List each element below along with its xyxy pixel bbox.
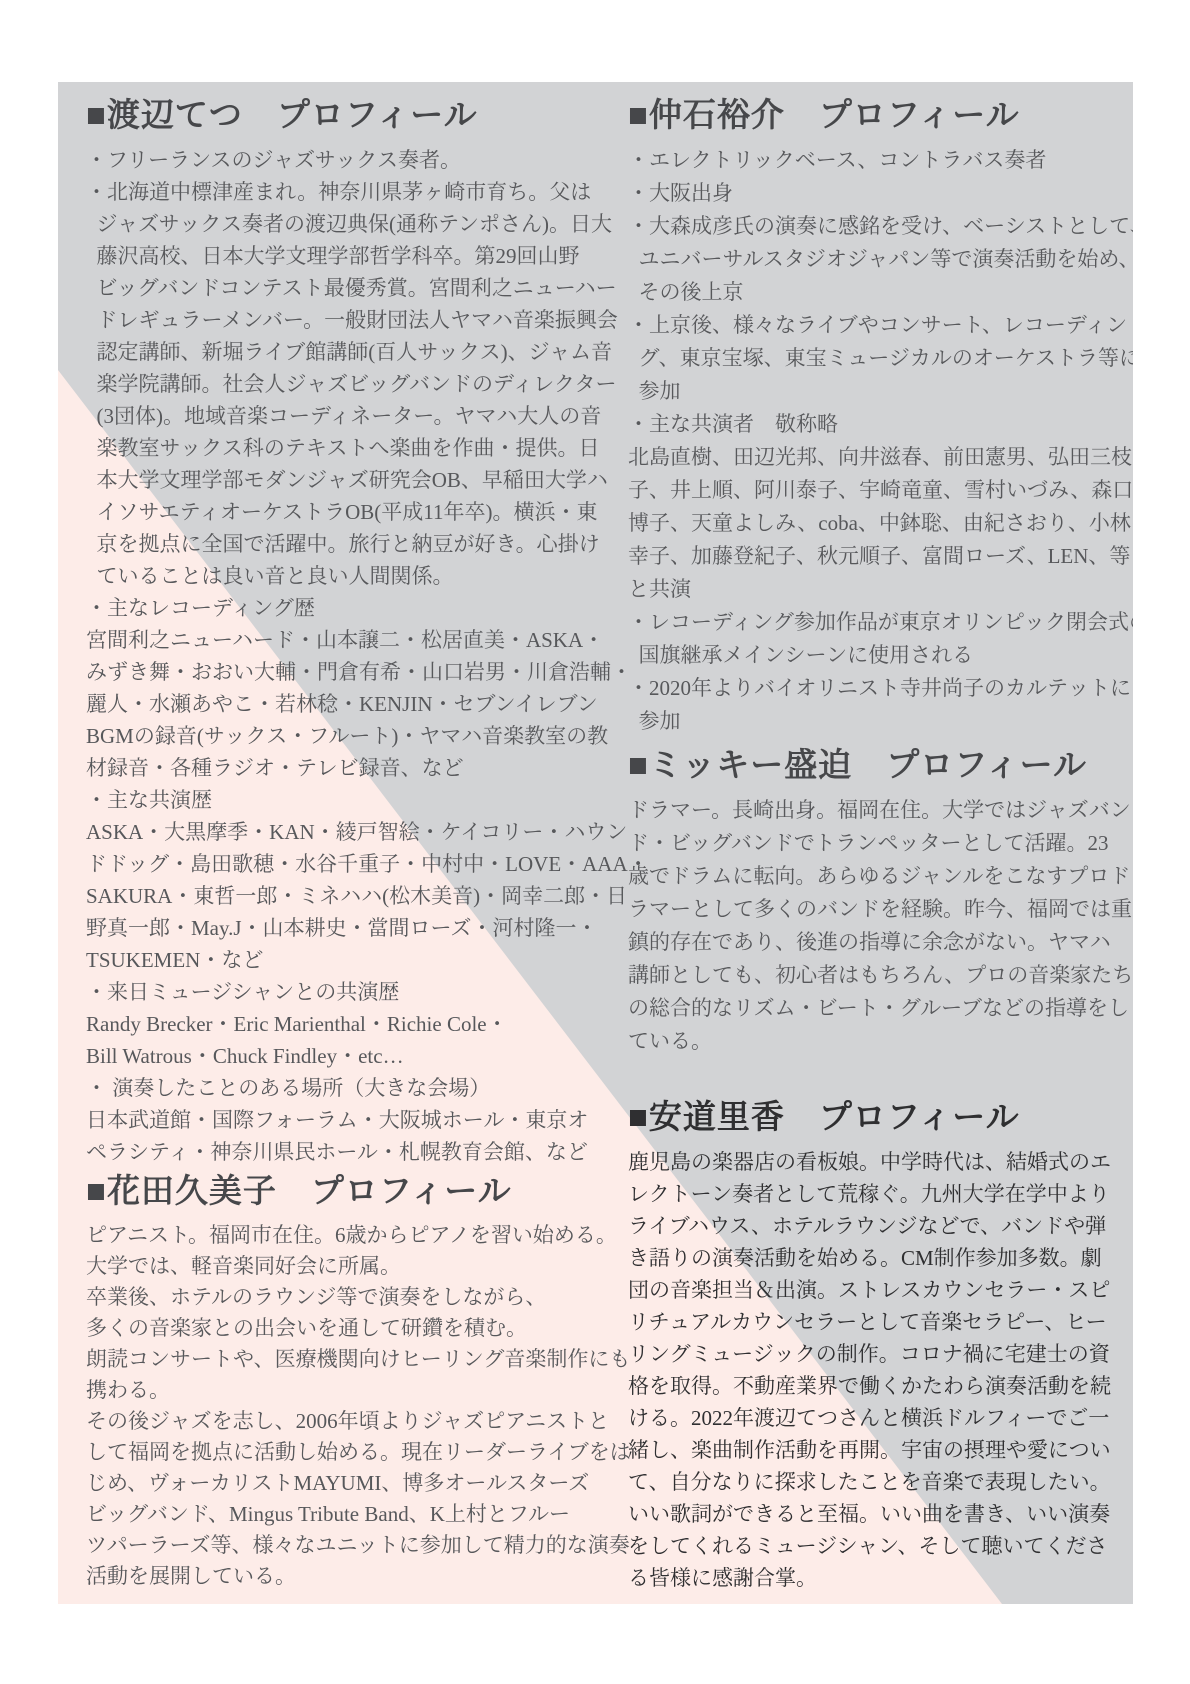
text-line: ける。2022年渡辺てつさんと横浜ドルフィーでご一 [628,1402,1128,1434]
page: { "theme": { "page-bg": "#ffffff", "card… [0,0,1190,1684]
profile-section-nakaishi-yusuke: ■仲石裕介 プロフィール ・エレクトリックベース、コントラバス奏者・大阪出身・大… [628,94,1128,738]
text-line: いい歌詞ができると至福。いい曲を書き、いい演奏 [628,1498,1128,1530]
text-line: グ、東京宝塚、東宝ミュージカルのオーケストラ等に [628,342,1128,375]
text-line: て、自分なりに探求したことを音楽で表現したい。 [628,1466,1128,1498]
profile-sheet: ■渡辺てつ プロフィール ・フリーランスのジャズサックス奏者。・北海道中標津産ま… [58,82,1133,1604]
text-line: ・主な共演歴 [86,784,651,816]
text-line: ラマーとして多くのバンドを経験。昨今、福岡では重 [628,893,1128,926]
text-line: ・北海道中標津産まれ。神奈川県茅ヶ崎市育ち。父は [86,176,651,208]
text-line: 野真一郎・May.J・山本耕史・當間ローズ・河村隆一・ [86,912,651,944]
text-line: Randy Brecker・Eric Marienthal・Richie Col… [86,1008,651,1040]
text-line: SAKURA・東哲一郎・ミネハハ(松木美音)・岡幸二郎・日 [86,880,651,912]
text-line: ていることは良い音と良い人間関係。 [86,560,651,592]
text-line: ビッグバンドコンテスト最優秀賞。宮間利之ニューハー [86,272,651,304]
text-line: 朗読コンサートや、医療機関向けヒーリング音楽制作にも [86,1344,651,1375]
text-line: ツパーラーズ等、様々なユニットに参加して精力的な演奏 [86,1530,651,1561]
text-line: ・大森成彦氏の演奏に感銘を受け、ベーシストとして、 [628,210,1128,243]
section-body: ・フリーランスのジャズサックス奏者。・北海道中標津産まれ。神奈川県茅ヶ崎市育ち。… [86,144,651,1168]
text-line: 活動を展開している。 [86,1561,651,1592]
text-line: ドドッグ・島田歌穂・水谷千重子・中村中・LOVE・AAA・ [86,848,651,880]
text-line: 幸子、加藤登紀子、秋元順子、富間ローズ、LEN、等 [628,540,1128,573]
section-title: ■渡辺てつ プロフィール [86,94,651,138]
text-line: リングミュージックの制作。コロナ禍に宅建士の資 [628,1338,1128,1370]
text-line: ペラシティ・神奈川県民ホール・札幌教育会館、など [86,1136,651,1168]
text-line: BGMの録音(サックス・フルート)・ヤマハ音楽教室の教 [86,720,651,752]
text-line: 携わる。 [86,1375,651,1406]
text-line: して福岡を拠点に活動し始める。現在リーダーライブをは [86,1437,651,1468]
text-line: 国旗継承メインシーンに使用される [628,639,1128,672]
text-line: ジャズサックス奏者の渡辺典保(通称テンポさん)。日大 [86,208,651,240]
profile-section-watanabe-tetsu: ■渡辺てつ プロフィール ・フリーランスのジャズサックス奏者。・北海道中標津産ま… [86,94,651,1168]
text-line: その後ジャズを志し、2006年頃よりジャズピアニストと [86,1406,651,1437]
profile-section-hanada-kumiko: ■花田久美子 プロフィール ピアニスト。福岡市在住。6歳からピアノを習い始める。… [86,1170,651,1592]
text-line: 大学では、軽音楽同好会に所属。 [86,1251,651,1282]
text-line: 材録音・各種ラジオ・テレビ録音、など [86,752,651,784]
text-line: ドレギュラーメンバー。一般財団法人ヤマハ音楽振興会 [86,304,651,336]
section-body: ドラマー。長崎出身。福岡在住。大学ではジャズバンド・ビッグバンドでトランペッター… [628,794,1128,1058]
text-line: ている。 [628,1025,1128,1058]
section-body: ピアニスト。福岡市在住。6歳からピアノを習い始める。大学では、軽音楽同好会に所属… [86,1220,651,1592]
text-line: 鎮的存在であり、後進の指導に余念がない。ヤマハ [628,926,1128,959]
section-title: ■ミッキー盛迫 プロフィール [628,744,1128,788]
text-line: (3団体)。地域音楽コーディネーター。ヤマハ大人の音 [86,400,651,432]
text-line: ・主な共演者 敬称略 [628,408,1128,441]
text-line: ドラマー。長崎出身。福岡在住。大学ではジャズバン [628,794,1128,827]
text-line: と共演 [628,573,1128,606]
text-line: その後上京 [628,276,1128,309]
text-line: 講師としても、初心者はもちろん、プロの音楽家たち [628,959,1128,992]
text-line: ・来日ミュージシャンとの共演歴 [86,976,651,1008]
text-line: き語りの演奏活動を始める。CM制作参加多数。劇 [628,1242,1128,1274]
text-line: 卒業後、ホテルのラウンジ等で演奏をしながら、 [86,1282,651,1313]
text-line: 格を取得。不動産業界で働くかたわら演奏活動を続 [628,1370,1128,1402]
text-line: ASKA・大黒摩季・KAN・綾戸智絵・ケイコリー・ハウン [86,816,651,848]
text-line: 楽教室サックス科のテキストへ楽曲を作曲・提供。日 [86,432,651,464]
text-line: 参加 [628,375,1128,408]
text-line: じめ、ヴォーカリストMAYUMI、博多オールスターズ [86,1468,651,1499]
text-line: 京を拠点に全国で活躍中。旅行と納豆が好き。心掛け [86,528,651,560]
text-line: イソサエティオーケストラOB(平成11年卒)。横浜・東 [86,496,651,528]
text-line: ・フリーランスのジャズサックス奏者。 [86,144,651,176]
text-line: ・エレクトリックベース、コントラバス奏者 [628,144,1128,177]
text-line: 子、井上順、阿川泰子、宇崎竜童、雪村いづみ、森口 [628,474,1128,507]
text-line: ・ 演奏したことのある場所（大きな会場） [86,1072,651,1104]
text-line: る皆様に感謝合掌。 [628,1562,1128,1594]
text-line: Bill Watrous・Chuck Findley・etc… [86,1040,651,1072]
profile-section-mickey-morisako: ■ミッキー盛迫 プロフィール ドラマー。長崎出身。福岡在住。大学ではジャズバンド… [628,744,1128,1058]
section-body: 鹿児島の楽器店の看板娘。中学時代は、結婚式のエレクトーン奏者として荒稼ぐ。九州大… [628,1146,1128,1594]
text-line: 麗人・水瀬あやこ・若林稔・KENJIN・セブンイレブン [86,688,651,720]
text-line: 日本武道館・国際フォーラム・大阪城ホール・東京オ [86,1104,651,1136]
text-line: ビッグバンド、Mingus Tribute Band、K上村とフルー [86,1499,651,1530]
text-line: 参加 [628,705,1128,738]
text-line: 団の音楽担当＆出演。ストレスカウンセラー・スピ [628,1274,1128,1306]
text-line: 宮間利之ニューハード・山本譲二・松居直美・ASKA・ [86,624,651,656]
section-body: ・エレクトリックベース、コントラバス奏者・大阪出身・大森成彦氏の演奏に感銘を受け… [628,144,1128,738]
profile-section-ando-rika: ■安道里香 プロフィール 鹿児島の楽器店の看板娘。中学時代は、結婚式のエレクトー… [628,1096,1128,1594]
text-line: ユニバーサルスタジオジャパン等で演奏活動を始め、 [628,243,1128,276]
text-line: をしてくれるミュージシャン、そして聴いてくださ [628,1530,1128,1562]
text-line: 鹿児島の楽器店の看板娘。中学時代は、結婚式のエ [628,1146,1128,1178]
text-line: ド・ビッグバンドでトランペッターとして活躍。23 [628,827,1128,860]
text-line: の総合的なリズム・ビート・グルーブなどの指導をし [628,992,1128,1025]
text-line: TSUKEMEN・など [86,944,651,976]
text-line: 藤沢高校、日本大学文理学部哲学科卒。第29回山野 [86,240,651,272]
text-line: ・上京後、様々なライブやコンサート、レコーディン [628,309,1128,342]
text-line: ライブハウス、ホテルラウンジなどで、バンドや弾 [628,1210,1128,1242]
text-line: リチュアルカウンセラーとして音楽セラピー、ヒー [628,1306,1128,1338]
text-line: 北島直樹、田辺光邦、向井滋春、前田憲男、弘田三枝 [628,441,1128,474]
text-line: ・2020年よりバイオリニスト寺井尚子のカルテットに [628,672,1128,705]
text-line: 歳でドラムに転向。あらゆるジャンルをこなすプロド [628,860,1128,893]
text-line: ・レコーディング参加作品が東京オリンピック閉会式の [628,606,1128,639]
section-title: ■安道里香 プロフィール [628,1096,1128,1140]
text-line: レクトーン奏者として荒稼ぐ。九州大学在学中より [628,1178,1128,1210]
section-title: ■花田久美子 プロフィール [86,1170,651,1214]
text-line: 楽学院講師。社会人ジャズビッグバンドのディレクター [86,368,651,400]
text-line: みずき舞・おおい大輔・門倉有希・山口岩男・川倉浩輔・ [86,656,651,688]
text-line: 認定講師、新堀ライブ館講師(百人サックス)、ジャム音 [86,336,651,368]
text-line: 多くの音楽家との出会いを通して研鑽を積む。 [86,1313,651,1344]
text-line: ・大阪出身 [628,177,1128,210]
section-title: ■仲石裕介 プロフィール [628,94,1128,138]
text-line: 緒し、楽曲制作活動を再開。宇宙の摂理や愛につい [628,1434,1128,1466]
text-line: 本大学文理学部モダンジャズ研究会OB、早稲田大学ハ [86,464,651,496]
text-line: 博子、天童よしみ、coba、中鉢聡、由紀さおり、小林 [628,507,1128,540]
text-line: ・主なレコーディング歴 [86,592,651,624]
text-line: ピアニスト。福岡市在住。6歳からピアノを習い始める。 [86,1220,651,1251]
